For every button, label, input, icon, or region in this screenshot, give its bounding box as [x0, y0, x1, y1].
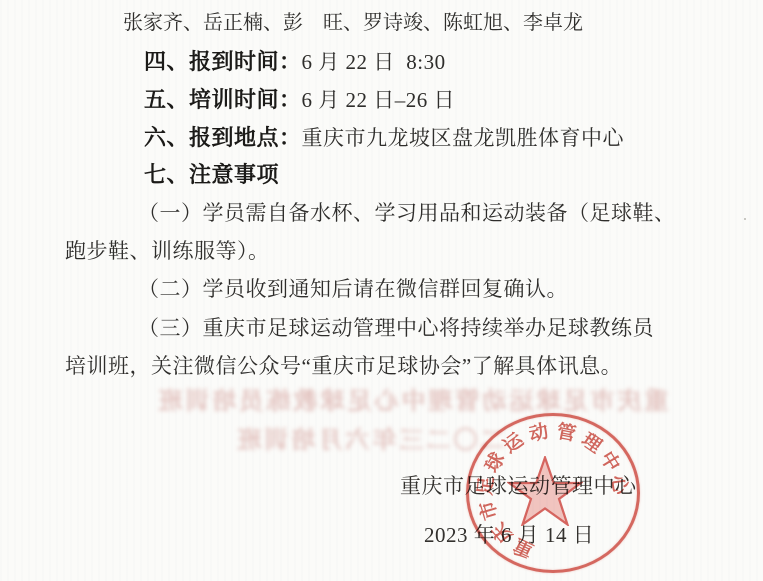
section-value: 重庆市九龙坡区盘龙凯胜体育中心 — [302, 126, 625, 150]
note-text: （一）学员需自备水杯、学习用品和运动装备（足球鞋、 — [138, 201, 676, 225]
section-heading: 五、培训时间： — [144, 87, 302, 112]
bleed-through-text-line1: 重庆市足球运动管理中心足球教练员培训班 — [122, 381, 702, 416]
note-item-1: （一）学员需自备水杯、学习用品和运动装备（足球鞋、 — [138, 201, 676, 225]
issuer-signature: 重庆市足球运动管理中心 — [400, 470, 637, 500]
section-value: 6 月 22 日–26 日 — [302, 88, 456, 112]
note-item-1-continued: 跑步鞋、训练服等）。 — [65, 239, 270, 263]
note-text: 跑步鞋、训练服等）。 — [65, 239, 270, 263]
note-text: （三）重庆市足球运动管理中心将持续举办足球教练员 — [138, 316, 654, 340]
section-heading: 六、报到地点： — [144, 125, 302, 150]
section-value: 6 月 22 日 8:30 — [302, 50, 446, 74]
note-text: 培训班，关注微信公众号“重庆市足球协会”了解具体讯息。 — [65, 354, 622, 378]
note-item-3: （三）重庆市足球运动管理中心将持续举办足球教练员 — [138, 316, 654, 340]
section-notes-heading: 七、注意事项 — [144, 163, 279, 187]
section-checkin-time: 四、报到时间：6 月 22 日 8:30 — [144, 50, 446, 74]
seal-character: 运 — [499, 429, 530, 460]
attendee-names-line: 张家齐、岳正楠、彭 旺、罗诗竣、陈虹旭、李卓龙 — [123, 10, 583, 35]
note-text: （二）学员收到通知后请在微信群回复确认。 — [138, 277, 568, 301]
scanned-notice-page: 重庆市足球运动管理中心足球教练员培训班 二〇二三年六月培训班 张家齐、岳正楠、彭… — [0, 0, 763, 581]
seal-character: 理 — [575, 428, 606, 459]
bleed-through-text-line2: 二〇二三年六月培训班 — [222, 420, 517, 455]
seal-character: 动 — [526, 421, 552, 447]
section-heading: 四、报到时间： — [144, 49, 302, 74]
scan-speckle — [596, 206, 599, 209]
note-item-2: （二）学员收到通知后请在微信群回复确认。 — [138, 277, 568, 301]
section-training-time: 五、培训时间：6 月 22 日–26 日 — [144, 88, 455, 112]
scan-speckle — [744, 218, 746, 220]
seal-character: 管 — [553, 421, 579, 447]
note-item-3-continued: 培训班，关注微信公众号“重庆市足球协会”了解具体讯息。 — [65, 354, 622, 378]
section-heading: 七、注意事项 — [144, 162, 279, 187]
issue-date: 2023 年 6 月 14 日 — [424, 519, 594, 549]
line-text: 张家齐、岳正楠、彭 旺、罗诗竣、陈虹旭、李卓龙 — [123, 12, 583, 34]
section-checkin-place: 六、报到地点：重庆市九龙坡区盘龙凯胜体育中心 — [144, 126, 624, 150]
